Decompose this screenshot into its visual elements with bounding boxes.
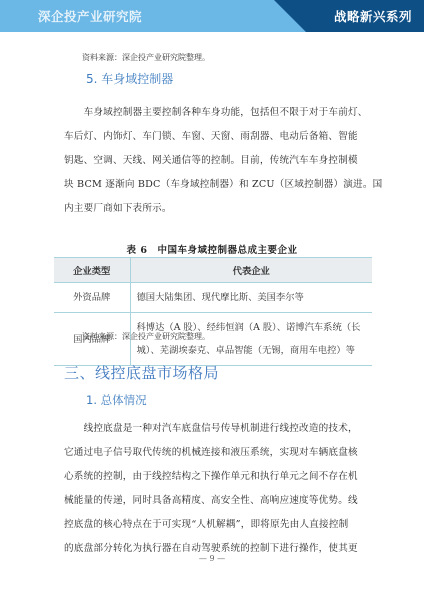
institute-title: 深企投产业研究院 — [38, 7, 142, 25]
column-header-type: 企业类型 — [54, 258, 130, 283]
para-line: 控底盘的核心特点在于可实现“人机解耦”，即将原先由人直接控制 — [64, 516, 348, 530]
para-line: 块 BCM 逐渐向 BDC（车身域控制器）和 ZCU（区域控制器）演进。国 — [64, 176, 382, 190]
series-title: 战略新兴系列 — [334, 7, 412, 25]
page-number: — 9 — — [0, 554, 424, 563]
para-line: 心系统的控制，由于线控结构之下操作单元和执行单元之间不存在机 — [64, 468, 358, 482]
para-line: 内主要厂商如下表所示。 — [64, 200, 172, 214]
table-header-row: 企业类型 代表企业 — [54, 258, 372, 283]
para-line: 车后灯、内饰灯、车门锁、车窗、天窗、雨刮器、电动后备箱、智能 — [64, 128, 358, 142]
para-line: 车身域控制器主要控制各种车身功能，包括但不限于对于车前灯、 — [64, 104, 368, 118]
section-5-heading: 5. 车身域控制器 — [86, 70, 173, 87]
para-line: 的底盘部分转化为执行器在自动驾驶系统的控制下进行操作，使其更 — [64, 540, 358, 554]
cell-companies: 德国大陆集团、现代摩比斯、美国李尔等 — [130, 283, 372, 313]
subsection-1-heading: 1. 总体情况 — [86, 392, 147, 408]
source-note-table: 资料来源：深企投产业研究院整理。 — [82, 331, 210, 342]
page-header: 深企投产业研究院 战略新兴系列 — [0, 0, 424, 32]
source-note-top: 资料来源：深企投产业研究院整理。 — [82, 52, 210, 63]
table-row: 外资品牌 德国大陆集团、现代摩比斯、美国李尔等 — [54, 283, 372, 313]
para-line: 线控底盘是一种对汽车底盘信号传导机制进行线控改造的技术， — [64, 420, 358, 434]
section-3-heading: 三、线控底盘市场格局 — [64, 362, 219, 383]
column-header-companies: 代表企业 — [130, 258, 372, 283]
cell-type: 外资品牌 — [54, 283, 130, 313]
para-line: 钥匙、空调、天线、网关通信等的控制。目前，传统汽车车身控制模 — [64, 152, 358, 166]
para-line: 械能量的传递，同时具备高精度、高安全性、高响应速度等优势。线 — [64, 492, 358, 506]
companies-table: 企业类型 代表企业 外资品牌 德国大陆集团、现代摩比斯、美国李尔等 国内品牌 科… — [54, 257, 372, 366]
para-line: 它通过电子信号取代传统的机械连接和液压系统，实现对车辆底盘核 — [64, 444, 358, 458]
table-caption: 表 6 中国车身域控制器总成主要企业 — [0, 242, 424, 256]
